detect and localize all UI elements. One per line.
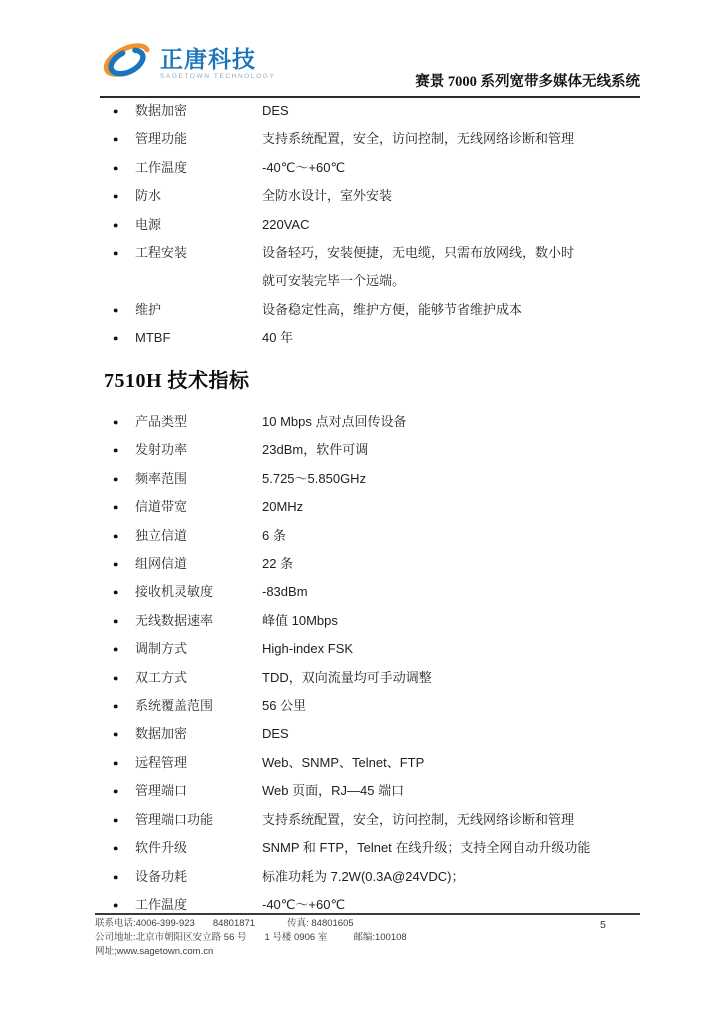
footer-address2: 1 号楼 0906 室 [265,932,328,943]
spec-row: ● 无线数据速率 峰值 10Mbps [113,607,640,635]
bullet-icon: ● [113,239,135,267]
spec-row: ● 系统覆盖范围 56 公里 [113,692,640,720]
spec-value: 10 Mbps 点对点回传设备 [262,408,640,436]
spec-value: 23dBm，软件可调 [262,436,640,464]
page-header: 正唐科技 SAGETOWN TECHNOLOGY 赛景 7000 系列宽带多媒体… [100,36,640,98]
spec-value: DES [262,97,640,125]
footer-phone: 联系电话:4006-399-923 [95,918,195,929]
footer-phone2: 84801871 [213,918,255,929]
page-number: 5 [600,918,606,932]
footer-postcode: 邮编:100108 [353,932,406,943]
spec-label: 信道带宽 [135,493,262,521]
spec-value: Web 页面，RJ—45 端口 [262,777,640,805]
spec-row: ● 管理端口 Web 页面，RJ—45 端口 [113,777,640,805]
bullet-icon: ● [113,863,135,891]
spec-label: 工程安装 [135,239,262,267]
spec-value: 56 公里 [262,692,640,720]
section-heading-7510h: 7510H 技术指标 [104,364,250,393]
spec-value: 峰值 10Mbps [262,607,640,635]
spec-list-7510h: ● 产品类型 10 Mbps 点对点回传设备 ● 发射功率 23dBm，软件可调… [0,408,722,919]
spec-value: 40 年 [262,324,640,352]
spec-row: ● MTBF 40 年 [113,324,640,352]
spec-label: 电源 [135,211,262,239]
document-title: 赛景 7000 系列宽带多媒体无线系统 [415,70,640,92]
spec-value: 6 条 [262,522,640,550]
spec-row: ● 发射功率 23dBm，软件可调 [113,436,640,464]
spec-value: High-index FSK [262,635,640,663]
spec-row: ● 远程管理 Web、SNMP、Telnet、FTP [113,749,640,777]
spec-label: 无线数据速率 [135,607,262,635]
spec-value: 22 条 [262,550,640,578]
bullet-icon: ● [113,664,135,692]
footer-contact-line: 联系电话:4006-399-92384801871传真: 84801605 [95,917,640,931]
bullet-icon: ● [113,324,135,352]
logo-swirl-icon [100,37,154,92]
spec-row: ● 数据加密 DES [113,720,640,748]
spec-label: 双工方式 [135,664,262,692]
footer-website: 网址;www.sagetown.com.cn [95,946,213,957]
spec-row: ● 双工方式 TDD，双向流量均可手动调整 [113,664,640,692]
spec-label: 防水 [135,182,262,210]
spec-row: ● 调制方式 High-index FSK [113,635,640,663]
spec-value: SNMP 和 FTP，Telnet 在线升级；支持全网自动升级功能 [262,834,640,862]
bullet-icon: ● [113,465,135,493]
spec-value: 设备稳定性高，维护方便，能够节省维护成本 [262,296,640,324]
spec-row: ● 防水 全防水设计，室外安装 [113,182,640,210]
spec-value: TDD，双向流量均可手动调整 [262,664,640,692]
spec-row: ● 维护 设备稳定性高，维护方便，能够节省维护成本 [113,296,640,324]
spec-row: ● 管理端口功能 支持系统配置，安全，访问控制，无线网络诊断和管理 [113,806,640,834]
footer-address: 公司地址:北京市朝阳区安立路 56 号 [95,932,247,943]
spec-row: ● 软件升级 SNMP 和 FTP，Telnet 在线升级；支持全网自动升级功能 [113,834,640,862]
bullet-icon: ● [113,125,135,153]
bullet-icon: ● [113,607,135,635]
bullet-icon: ● [113,578,135,606]
bullet-icon: ● [113,834,135,862]
bullet-icon: ● [113,493,135,521]
spec-label: MTBF [135,324,262,352]
spec-row: ● 产品类型 10 Mbps 点对点回传设备 [113,408,640,436]
spec-row: ● 组网信道 22 条 [113,550,640,578]
bullet-icon: ● [113,749,135,777]
spec-row: ● 管理功能 支持系统配置，安全，访问控制，无线网络诊断和管理 [113,125,640,153]
spec-row: ● 独立信道 6 条 [113,522,640,550]
logo-name-en: SAGETOWN TECHNOLOGY [160,74,275,81]
bullet-icon: ● [113,182,135,210]
spec-value: 支持系统配置，安全，访问控制，无线网络诊断和管理 [262,806,640,834]
spec-value: 5.725～5.850GHz [262,465,640,493]
bullet-icon: ● [113,550,135,578]
bullet-icon: ● [113,211,135,239]
footer-website-line: 网址;www.sagetown.com.cn [95,945,640,959]
spec-row: ● 频率范围 5.725～5.850GHz [113,465,640,493]
spec-label: 接收机灵敏度 [135,578,262,606]
spec-label: 软件升级 [135,834,262,862]
spec-label: 维护 [135,296,262,324]
spec-label: 工作温度 [135,154,262,182]
footer-address-line: 公司地址:北京市朝阳区安立路 56 号1 号楼 0906 室邮编:100108 [95,931,640,945]
spec-label: 数据加密 [135,720,262,748]
spec-label: 数据加密 [135,97,262,125]
company-logo: 正唐科技 SAGETOWN TECHNOLOGY [100,37,275,92]
spec-row: ● 数据加密 DES [113,97,640,125]
spec-row: ● 接收机灵敏度 -83dBm [113,578,640,606]
spec-row: ● 工程安装 设备轻巧，安装便捷，无电缆，只需布放网线，数小时 就可安装完毕一个… [113,239,640,296]
spec-label: 调制方式 [135,635,262,663]
bullet-icon: ● [113,436,135,464]
spec-value: 220VAC [262,211,640,239]
bullet-icon: ● [113,806,135,834]
bullet-icon: ● [113,635,135,663]
spec-list-7000: ● 数据加密 DES ● 管理功能 支持系统配置，安全，访问控制，无线网络诊断和… [0,97,722,353]
spec-label: 频率范围 [135,465,262,493]
spec-label: 组网信道 [135,550,262,578]
spec-value: 全防水设计，室外安装 [262,182,640,210]
spec-row: ● 设备功耗 标准功耗为 7.2W(0.3A@24VDC)； [113,863,640,891]
bullet-icon: ● [113,522,135,550]
spec-value: -83dBm [262,578,640,606]
spec-value: 20MHz [262,493,640,521]
spec-label: 设备功耗 [135,863,262,891]
bullet-icon: ● [113,97,135,125]
spec-value: 设备轻巧，安装便捷，无电缆，只需布放网线，数小时 就可安装完毕一个远端。 [262,239,640,296]
bullet-icon: ● [113,720,135,748]
bullet-icon: ● [113,777,135,805]
spec-label: 独立信道 [135,522,262,550]
footer-fax: 传真: 84801605 [287,918,354,929]
spec-value: Web、SNMP、Telnet、FTP [262,749,640,777]
spec-row: ● 工作温度 -40℃～+60℃ [113,154,640,182]
logo-name-cn: 正唐科技 [160,48,275,71]
bullet-icon: ● [113,692,135,720]
spec-row: ● 信道带宽 20MHz [113,493,640,521]
spec-label: 管理端口 [135,777,262,805]
bullet-icon: ● [113,296,135,324]
document-page: 正唐科技 SAGETOWN TECHNOLOGY 赛景 7000 系列宽带多媒体… [0,0,722,1024]
logo-text: 正唐科技 SAGETOWN TECHNOLOGY [160,48,275,81]
spec-value: 标准功耗为 7.2W(0.3A@24VDC)； [262,863,640,891]
spec-value: 支持系统配置，安全，访问控制，无线网络诊断和管理 [262,125,640,153]
spec-row: ● 电源 220VAC [113,211,640,239]
bullet-icon: ● [113,154,135,182]
spec-label: 系统覆盖范围 [135,692,262,720]
bullet-icon: ● [113,408,135,436]
spec-value: DES [262,720,640,748]
spec-label: 远程管理 [135,749,262,777]
spec-value: -40℃～+60℃ [262,154,640,182]
spec-label: 管理端口功能 [135,806,262,834]
spec-label: 管理功能 [135,125,262,153]
page-footer: 联系电话:4006-399-92384801871传真: 84801605 公司… [95,913,640,959]
spec-label: 产品类型 [135,408,262,436]
spec-label: 发射功率 [135,436,262,464]
